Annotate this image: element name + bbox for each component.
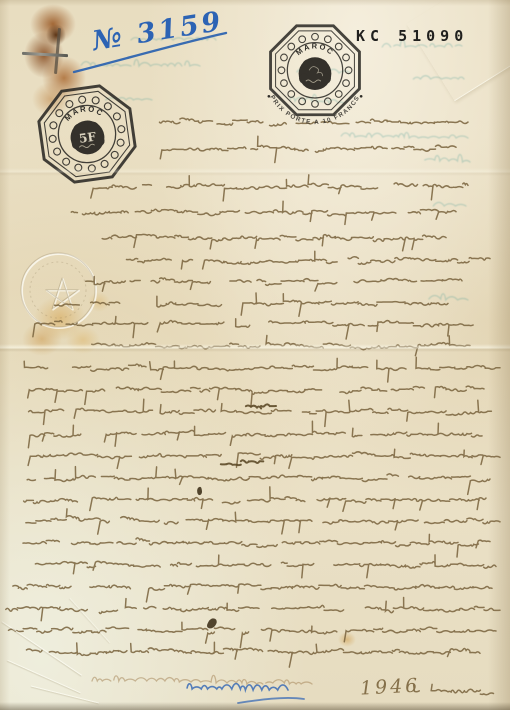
handwriting-line [160, 136, 456, 162]
stamp-center-emblem [299, 57, 332, 90]
handwriting-line [71, 201, 456, 224]
handwriting-line [28, 386, 484, 407]
handwriting-line [35, 555, 496, 578]
handwriting-line [28, 421, 482, 447]
caption-dot [268, 95, 271, 98]
handwriting-line [414, 684, 494, 694]
paper-edge-shadow [0, 0, 10, 710]
handwriting-line [91, 175, 468, 201]
verso-bleed-line [429, 294, 468, 300]
paper-edge-shadow [488, 0, 510, 710]
document-page: MAROC PRIX PORTE A 10 FRANCS [0, 0, 510, 710]
verso-bleed-line [433, 202, 466, 206]
handwriting-line [9, 622, 497, 647]
caption-dot [360, 95, 363, 98]
year-date: 1946 [359, 674, 420, 699]
stamp-denomination-label: 5F [78, 130, 97, 146]
handwriting-line [27, 467, 490, 495]
paper-edge-shadow [0, 0, 510, 6]
verso-bleed-line [422, 155, 470, 162]
handwriting-line [28, 449, 500, 468]
stamp-country-label: MAROC [62, 102, 107, 124]
paper-edge-shadow [0, 702, 510, 710]
handwriting-line [13, 584, 492, 602]
blue-signature [187, 684, 288, 690]
handwriting-line [24, 357, 500, 382]
handwriting-line [29, 399, 492, 426]
handwriting-line [33, 317, 473, 340]
fold-crease [0, 168, 510, 176]
fiscal-stamp-10f: MAROC PRIX PORTE A 10 FRANCS [263, 18, 367, 136]
handwriting-line [86, 277, 462, 292]
stamp-country-label: MAROC [294, 41, 336, 57]
handwriting-line-dark [221, 460, 263, 465]
handwriting-line [55, 293, 449, 316]
handwriting-line [126, 251, 490, 269]
handwriting-line [24, 487, 486, 511]
fold-crease [0, 344, 510, 352]
latin-signature [92, 675, 312, 684]
svg-text:MAROC: MAROC [62, 102, 107, 124]
handwriting-line [102, 234, 446, 250]
handwriting-line [26, 509, 500, 534]
svg-text:MAROC: MAROC [294, 41, 336, 57]
handwriting-line [27, 642, 481, 667]
handwriting-line [23, 534, 490, 557]
